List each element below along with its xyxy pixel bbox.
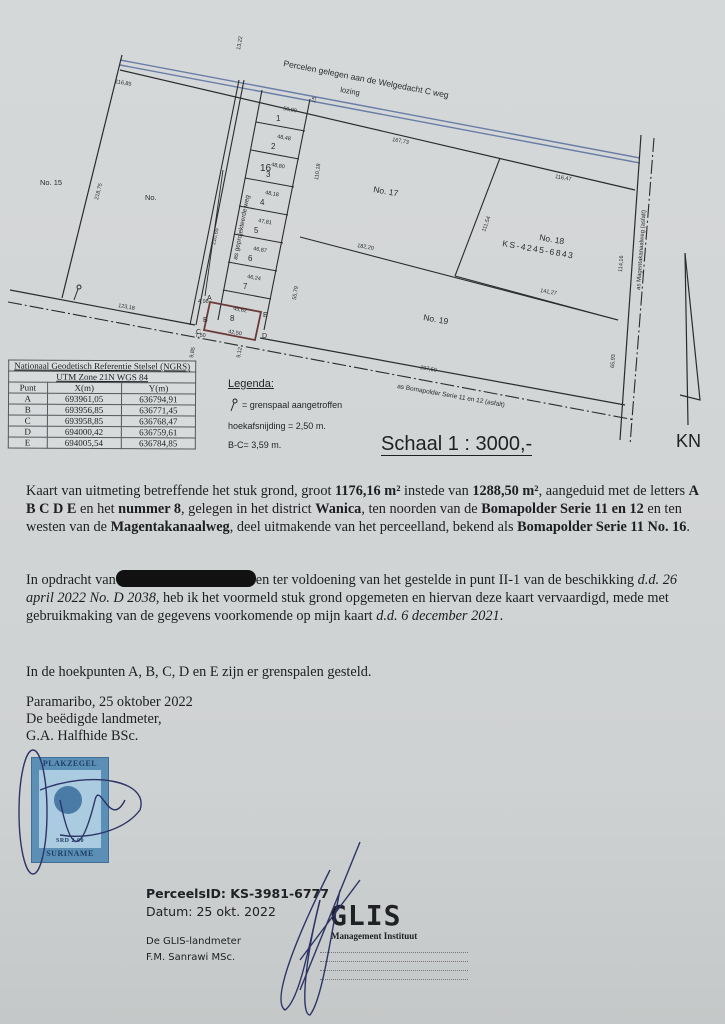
- svg-text:111,54: 111,54: [481, 216, 492, 233]
- svg-text:116,85: 116,85: [115, 79, 132, 88]
- svg-text:as Magentakanaalweg (asfalt): as Magentakanaalweg (asfalt): [636, 210, 648, 290]
- table-cell: 693958,85: [47, 415, 121, 426]
- svg-text:5: 5: [254, 226, 259, 235]
- redacted-name: [116, 570, 256, 587]
- legend-bc: B-C= 3,59 m.: [228, 440, 342, 450]
- svg-text:4: 4: [260, 198, 265, 207]
- glis-logo: GLIS: [330, 899, 401, 932]
- svg-text:B: B: [203, 317, 208, 324]
- svg-text:110,18: 110,18: [314, 163, 322, 180]
- svg-text:48,18: 48,18: [265, 190, 280, 198]
- north-label: KN: [676, 431, 701, 452]
- svg-text:No. 17: No. 17: [373, 184, 400, 198]
- table-cell: D: [8, 426, 47, 437]
- svg-text:2: 2: [271, 142, 276, 151]
- svg-text:55,79: 55,79: [292, 286, 300, 300]
- table-cell: C: [8, 415, 47, 426]
- svg-text:46,87: 46,87: [253, 246, 268, 254]
- boundary-post-icon: [74, 285, 81, 300]
- legend-title: Legenda:: [228, 378, 342, 390]
- col-header: Punt: [9, 382, 48, 393]
- svg-text:lozing: lozing: [340, 85, 361, 97]
- north-arrow-icon: [680, 253, 700, 425]
- svg-text:50,00: 50,00: [283, 106, 298, 114]
- svg-text:13,22: 13,22: [236, 36, 244, 51]
- svg-text:297,50: 297,50: [420, 365, 438, 374]
- svg-text:E: E: [263, 312, 268, 319]
- glis-surveyor-name: F.M. Sanrawi MSc.: [146, 952, 235, 963]
- svg-text:9,12: 9,12: [236, 347, 244, 359]
- svg-text:No.: No.: [145, 193, 157, 202]
- table-cell: B: [8, 404, 47, 415]
- svg-text:167,73: 167,73: [392, 137, 410, 146]
- svg-text:141,27: 141,27: [540, 288, 558, 297]
- svg-text:3: 3: [266, 170, 271, 179]
- svg-text:6: 6: [248, 254, 253, 263]
- paragraph-assignment: In opdracht vanen ter voldoening van het…: [26, 570, 706, 625]
- perceel-id: PerceelsID: KS-3981-6777: [146, 886, 329, 901]
- table-cell: 693956,85: [47, 404, 121, 415]
- svg-text:7: 7: [243, 282, 248, 291]
- glis-logo-subtitle: Management Instituut: [331, 931, 417, 941]
- table-cell: 636759,61: [121, 427, 195, 438]
- svg-text:114,16: 114,16: [618, 255, 625, 272]
- svg-text:46,24: 46,24: [247, 274, 262, 282]
- map-scale: Schaal 1 : 3000,-: [381, 433, 532, 456]
- waterway-lozing: [120, 60, 640, 163]
- glis-date: Datum: 25 okt. 2022: [146, 904, 276, 919]
- legend-marker-text: = grenspaal aangetroffen: [242, 400, 342, 410]
- svg-text:65,93: 65,93: [610, 354, 617, 368]
- svg-text:A: A: [207, 295, 212, 302]
- ngrs-coordinate-table: Nationaal Geodetisch Referentie Stelsel …: [8, 360, 196, 450]
- signature-block: Paramaribo, 25 oktober 2022 De beëdigde …: [26, 694, 193, 745]
- svg-text:47,81: 47,81: [258, 218, 273, 226]
- svg-text:116,47: 116,47: [555, 174, 572, 183]
- revenue-stamp: PLAKZEGEL SRD 2,00 SURINAME: [31, 757, 109, 863]
- paragraph-description: Kaart van uitmeting betreffende het stuk…: [26, 482, 706, 536]
- svg-text:as geprojekteerde weg: as geprojekteerde weg: [232, 194, 251, 260]
- table-cell: 694005,54: [47, 437, 121, 448]
- svg-text:8: 8: [230, 314, 235, 323]
- svg-text:C: C: [196, 329, 201, 336]
- svg-text:182,20: 182,20: [357, 243, 375, 252]
- svg-text:No. 15: No. 15: [40, 178, 62, 187]
- svg-text:15: 15: [311, 96, 318, 103]
- table-cell: 636771,45: [121, 405, 195, 416]
- glis-surveyor-role: De GLIS-landmeter: [146, 936, 241, 947]
- col-header: Y(m): [121, 383, 195, 394]
- legend: Legenda: = grenspaal aangetroffen hoekaf…: [228, 378, 342, 459]
- svg-text:48,80: 48,80: [271, 162, 286, 170]
- ngrs-title: Nationaal Geodetisch Referentie Stelsel …: [9, 360, 196, 372]
- place-date: Paramaribo, 25 oktober 2022: [26, 694, 193, 711]
- paragraph-corners: In de hoekpunten A, B, C, D en E zijn er…: [26, 663, 706, 681]
- svg-text:42,50: 42,50: [228, 329, 243, 337]
- svg-text:as Bomapolder Serie 11 en 12: as Bomapolder Serie 11 en 12 (asfalt): [397, 383, 506, 409]
- survey-document: Percelen gelegen aan de Welgedacht C weg…: [0, 0, 725, 1024]
- boundary-post-icon: [228, 398, 238, 412]
- fine-print: [320, 946, 468, 980]
- surveyor-name: G.A. Halfhide BSc.: [26, 728, 193, 745]
- table-row: E694005,54636784,85: [8, 437, 195, 449]
- svg-text:1: 1: [276, 114, 281, 123]
- table-cell: 636784,85: [121, 438, 195, 449]
- table-cell: 636768,47: [121, 416, 195, 427]
- table-cell: 693961,05: [47, 393, 121, 404]
- legend-hoek: hoekafsnijding = 2,50 m.: [228, 421, 342, 431]
- legend-row-marker: = grenspaal aangetroffen: [228, 398, 342, 412]
- table-cell: 694000,42: [47, 426, 121, 437]
- table-cell: 636794,91: [121, 394, 195, 405]
- table-cell: E: [8, 437, 47, 448]
- svg-text:9,85: 9,85: [189, 347, 197, 359]
- table-cell: A: [9, 393, 48, 404]
- col-header: X(m): [47, 382, 121, 393]
- svg-text:210,65: 210,65: [211, 228, 220, 246]
- svg-text:D: D: [262, 333, 267, 340]
- coat-of-arms-icon: [54, 786, 82, 814]
- svg-text:218,75: 218,75: [94, 183, 104, 201]
- svg-text:Percelen gelegen aan de Welged: Percelen gelegen aan de Welgedacht C weg: [283, 58, 450, 100]
- svg-text:45,62: 45,62: [233, 306, 248, 314]
- surveyor-role: De beëdigde landmeter,: [26, 711, 193, 728]
- svg-text:No. 19: No. 19: [423, 312, 450, 326]
- svg-text:48,48: 48,48: [277, 134, 292, 142]
